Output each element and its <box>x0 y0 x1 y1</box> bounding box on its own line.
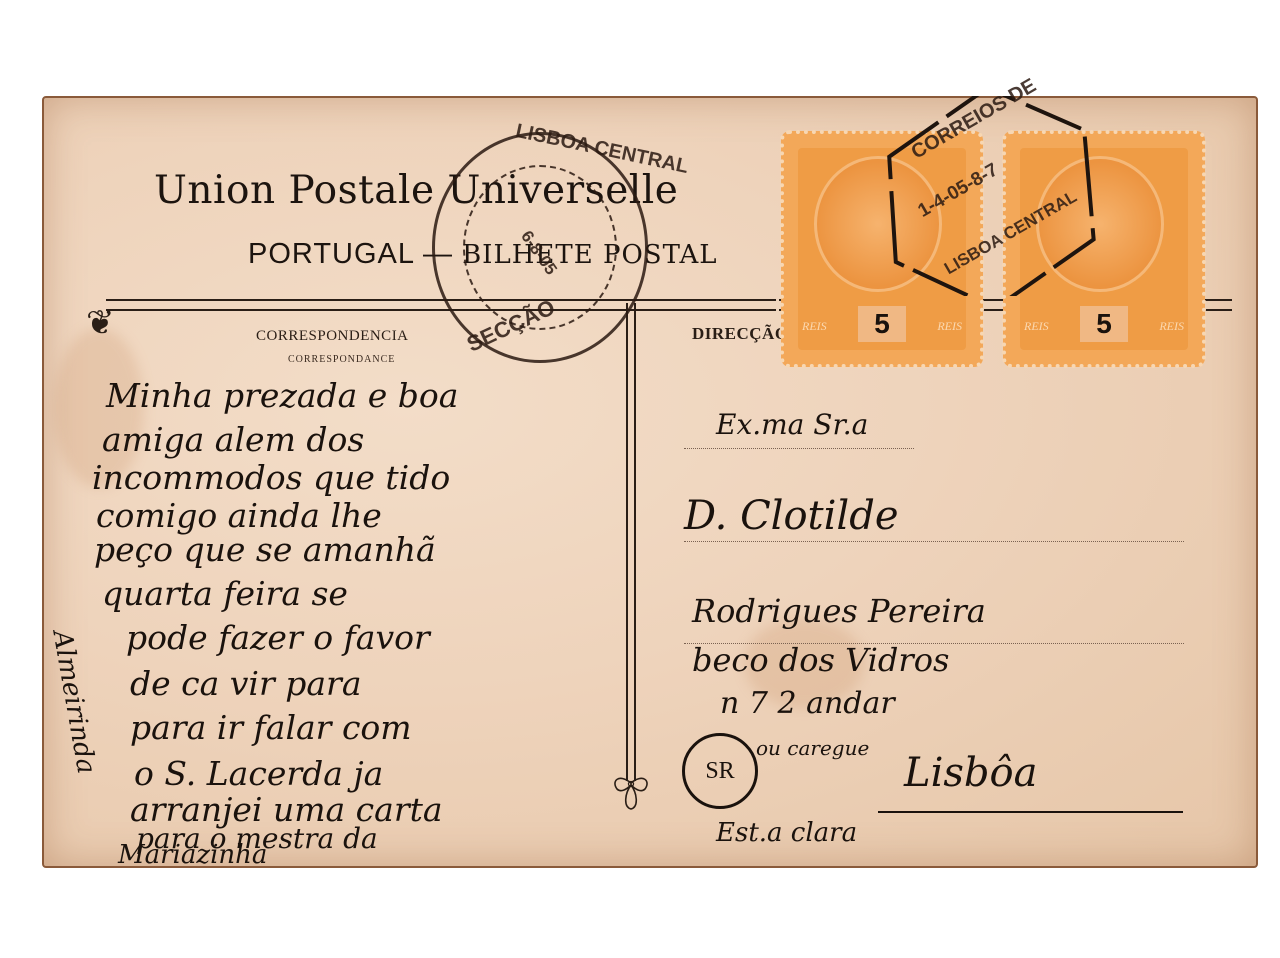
country-label: PORTUGAL <box>248 238 414 270</box>
flourish-icon: ❦ <box>86 303 115 343</box>
message-line: amiga alem dos <box>102 420 364 459</box>
address-district: Est.a clara <box>716 818 857 848</box>
address-city: Lisbôa <box>904 750 1037 796</box>
message-line: peço que se amanhã <box>94 530 436 569</box>
address-street-1: Rodrigues Pereira <box>692 592 986 630</box>
vertical-divider <box>626 303 636 781</box>
message-line: de ca vir para <box>130 664 362 703</box>
message-line: incommodos que tido <box>92 458 450 497</box>
message-line: quarta feira se <box>102 574 348 613</box>
postcard: Union Postale Universelle PORTUGAL — BIL… <box>42 96 1258 868</box>
address-line-rule <box>684 448 914 449</box>
registered-mark: SR <box>682 733 758 809</box>
header-rule-left <box>106 299 776 311</box>
margin-signature: Almeirinda <box>46 628 101 776</box>
message-line: Mariazinha <box>118 840 267 870</box>
message-line: Minha prezada e boa <box>106 376 458 415</box>
correspondence-label-fr: CORRESPONDANCE <box>288 354 395 365</box>
address-label: DIRECÇÃO <box>692 324 789 344</box>
address-name: D. Clotilde <box>684 493 899 539</box>
message-line: pode fazer o favor <box>126 618 430 657</box>
stamp-value: 5 <box>1080 306 1128 342</box>
correspondence-label: CORRESPONDENCIA <box>256 328 409 345</box>
address-alternate: ou caregue <box>756 736 869 760</box>
address-street-2: beco dos Vidros <box>692 641 949 679</box>
city-underline <box>878 811 1183 813</box>
address-line-rule <box>684 541 1184 542</box>
address-number: n 7 2 andar <box>720 686 895 721</box>
bow-ornament-icon <box>609 773 653 813</box>
stamp-value: 5 <box>858 306 906 342</box>
message-line: para ir falar com <box>130 708 412 747</box>
address-salutation: Ex.ma Sr.a <box>716 408 868 441</box>
message-line: o S. Lacerda ja <box>134 754 383 793</box>
